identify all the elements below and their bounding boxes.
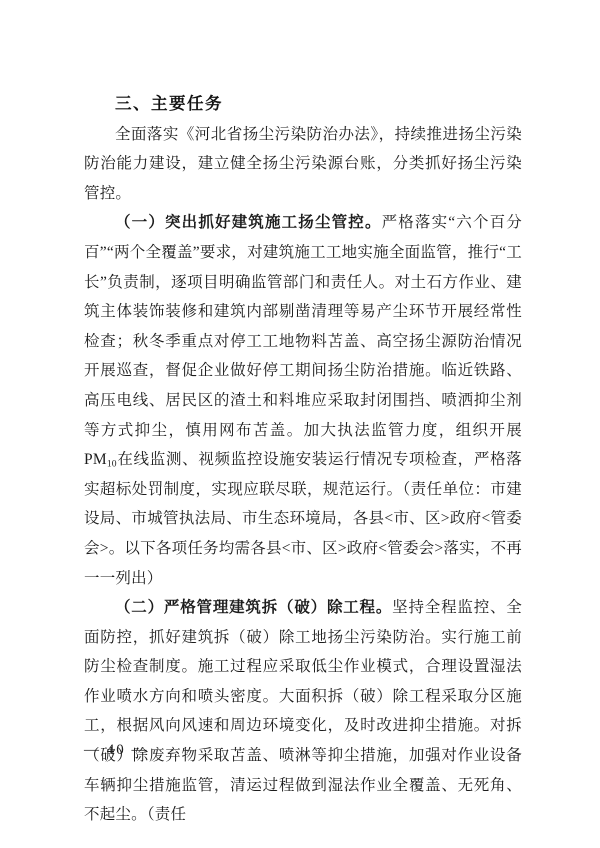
paragraph: 全面落实《河北省扬尘污染防治办法》，持续推进扬尘污染防治能力建设，建立健全扬尘污… [84,120,522,209]
page-number: — 40 — [84,742,149,759]
document-page: 三、主要任务 全面落实《河北省扬尘污染防治办法》，持续推进扬尘污染防治能力建设，… [0,0,600,848]
text-segment-sub: 10 [107,459,117,470]
text-segment-normal: 坚持全程监控、全面防控，抓好建筑拆（破）除工地扬尘污染防治。实行施工前防尘检查制… [84,599,522,823]
section-heading: 三、主要任务 [84,90,522,120]
document-content: 三、主要任务 全面落实《河北省扬尘污染防治办法》，持续推进扬尘污染防治能力建设，… [84,90,522,830]
text-segment-lead: （二）严格管理建筑拆（破）除工程。 [115,599,392,616]
text-segment-lead: （一）突出抓好建筑施工扬尘管控。 [115,214,382,231]
text-segment-kai: （责任 [147,806,186,823]
text-segment-normal: 严格落实“六个百分百”“两个全覆盖”要求，对建筑施工工地实施全面监管，推行“工长… [84,214,522,468]
paragraph: （一）突出抓好建筑施工扬尘管控。严格落实“六个百分百”“两个全覆盖”要求，对建筑… [84,208,522,593]
paragraph: （二）严格管理建筑拆（破）除工程。坚持全程监控、全面防控，抓好建筑拆（破）除工地… [84,593,522,830]
document-body: 全面落实《河北省扬尘污染防治办法》，持续推进扬尘污染防治能力建设，建立健全扬尘污… [84,120,522,830]
text-segment-normal: 全面落实《河北省扬尘污染防治办法》，持续推进扬尘污染防治能力建设，建立健全扬尘污… [84,126,522,202]
